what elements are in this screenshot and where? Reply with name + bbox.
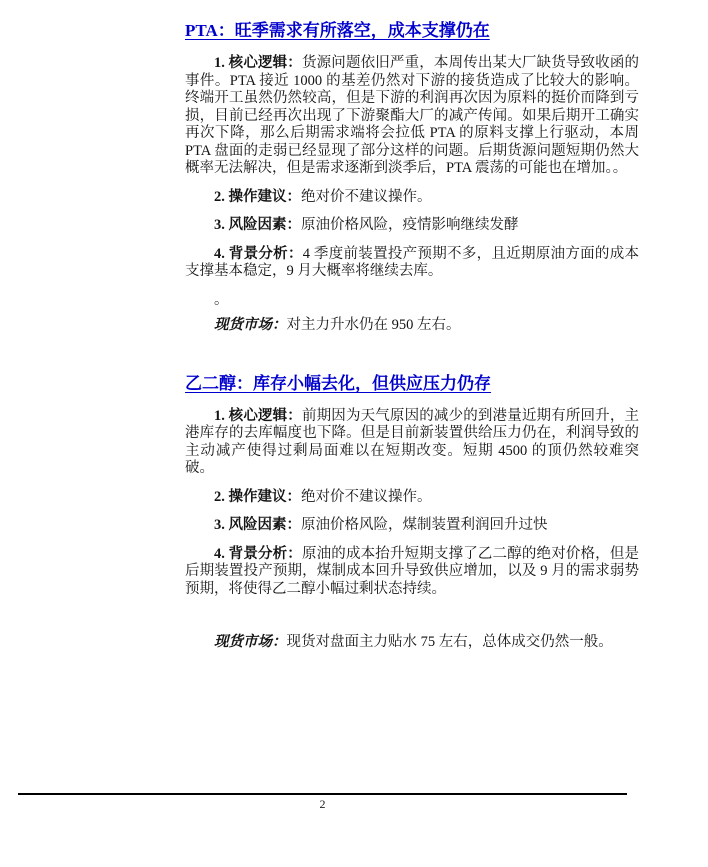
eg-core-logic-paragraph: 1. 核心逻辑：前期因为天气原因的减少的到港量近期有所回升，主港库存的去库幅度也… [185,408,639,478]
document-page: PTA：旺季需求有所落空，成本支撑仍在 1. 核心逻辑：货源问题依旧严重，本周传… [0,0,708,867]
eg-operation-advice-label: 2. 操作建议： [214,489,301,505]
pta-background-analysis-label: 4. 背景分析： [214,246,303,262]
page-number: 2 [18,797,627,811]
eg-risk-factors-label: 3. 风险因素： [214,517,301,533]
pta-operation-advice-paragraph: 2. 操作建议：绝对价不建议操作。 [185,189,639,207]
pta-core-logic-label: 1. 核心逻辑： [214,55,302,71]
pta-core-logic-paragraph: 1. 核心逻辑：货源问题依旧严重，本周传出某大厂缺货导致收函的事件。PTA 接近… [185,55,639,178]
pta-spot-market-paragraph: 现货市场：对主力升水仍在 950 左右。 [185,317,639,335]
section-ethylene-glycol: 乙二醇：库存小幅去化，但供应压力仍存 1. 核心逻辑：前期因为天气原因的减少的到… [185,373,639,652]
section-pta: PTA：旺季需求有所落空，成本支撑仍在 1. 核心逻辑：货源问题依旧严重，本周传… [185,20,639,335]
eg-operation-advice-text: 绝对价不建议操作。 [301,489,432,505]
eg-spot-market-paragraph: 现货市场：现货对盘面主力贴水 75 左右，总体成交仍然一般。 [185,634,639,652]
pta-spot-market-label: 现货市场： [214,317,287,333]
eg-background-analysis-paragraph: 4. 背景分析：原油的成本抬升短期支撑了乙二醇的绝对价格，但是后期装置投产预期，… [185,546,639,599]
pta-background-analysis-paragraph: 4. 背景分析：4 季度前装置投产预期不多，且近期原油方面的成本支撑基本稳定，9… [185,246,639,281]
section-pta-title: PTA：旺季需求有所落空，成本支撑仍在 [185,20,639,42]
eg-risk-factors-text: 原油价格风险，煤制装置利润回升过快 [301,517,548,533]
pta-operation-advice-label: 2. 操作建议： [214,189,301,205]
eg-background-analysis-label: 4. 背景分析： [214,546,302,562]
eg-risk-factors-paragraph: 3. 风险因素：原油价格风险，煤制装置利润回升过快 [185,517,639,535]
eg-section-title: 乙二醇：库存小幅去化，但供应压力仍存 [185,373,639,395]
pta-risk-factors-paragraph: 3. 风险因素：原油价格风险，疫情影响继续发酵 [185,217,639,235]
footer-rule [18,793,627,795]
eg-spot-market-label: 现货市场： [214,634,287,650]
pta-risk-factors-text: 原油价格风险，疫情影响继续发酵 [301,217,519,233]
pta-core-logic-text: 货源问题依旧严重，本周传出某大厂缺货导致收函的事件。PTA 接近 1000 的基… [185,55,639,176]
eg-operation-advice-paragraph: 2. 操作建议：绝对价不建议操作。 [185,489,639,507]
pta-spot-market-text: 对主力升水仍在 950 左右。 [287,317,461,333]
eg-core-logic-label: 1. 核心逻辑： [214,408,302,424]
pta-risk-factors-label: 3. 风险因素： [214,217,301,233]
pta-stray-punctuation: 。 [185,292,639,310]
page-content: PTA：旺季需求有所落空，成本支撑仍在 1. 核心逻辑：货源问题依旧严重，本周传… [185,20,639,652]
pta-operation-advice-text: 绝对价不建议操作。 [301,189,432,205]
eg-spot-market-text: 现货对盘面主力贴水 75 左右，总体成交仍然一般。 [287,634,613,650]
